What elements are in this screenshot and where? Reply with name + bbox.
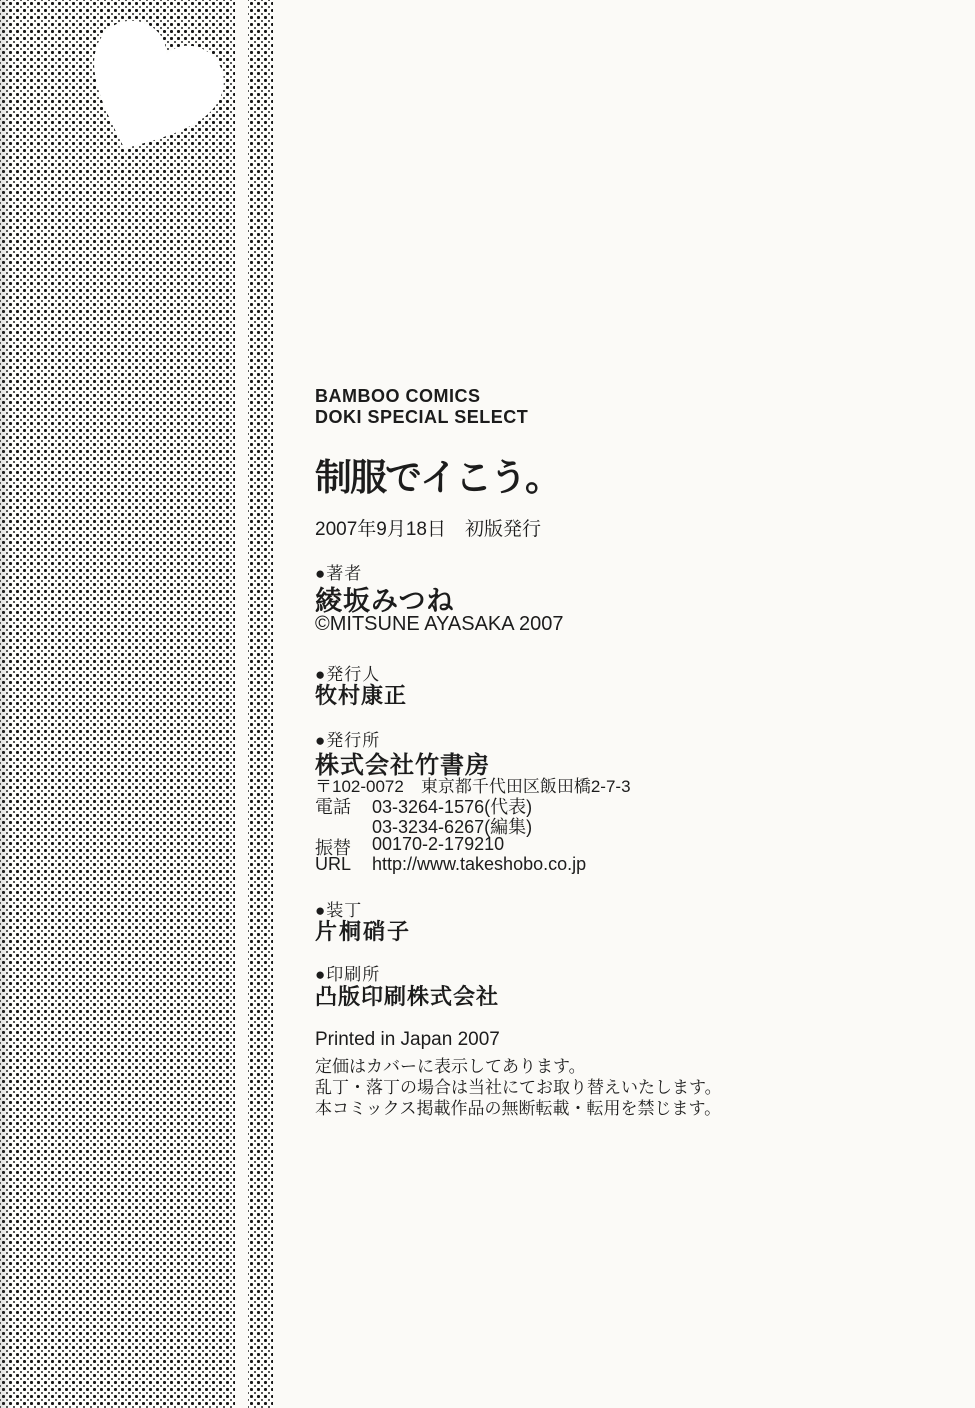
screentone-band-left [0,0,235,1408]
printed-in-japan-note: Printed in Japan 2007 [315,1029,500,1051]
printer-name: 凸版印刷株式会社 [315,980,499,1011]
url-label: URL [315,854,372,875]
screentone-strip [248,0,273,1408]
designer-name: 片桐硝子 [315,915,411,946]
issuer-name: 牧村康正 [315,679,407,710]
publisher-url: http://www.takeshobo.co.jp [372,854,586,875]
reproduction-prohibited-note: 本コミックス掲載作品の無断転載・転用を禁じます。 [315,1094,721,1119]
book-title: 制服でイこう。 [315,447,560,501]
edition-date: 2007年9月18日 初版発行 [315,514,541,541]
imprint-line-1: BAMBOO COMICS [315,386,481,407]
imprint-line-2: DOKI SPECIAL SELECT [315,407,528,428]
colophon-content: BAMBOO COMICS DOKI SPECIAL SELECT 制服でイこう… [315,0,955,1408]
copyright-notice: ©MITSUNE AYASAKA 2007 [315,613,564,636]
url-row: URL http://www.takeshobo.co.jp [315,854,586,875]
colophon-page: BAMBOO COMICS DOKI SPECIAL SELECT 制服でイこう… [0,0,975,1408]
heart-icon [53,0,248,185]
